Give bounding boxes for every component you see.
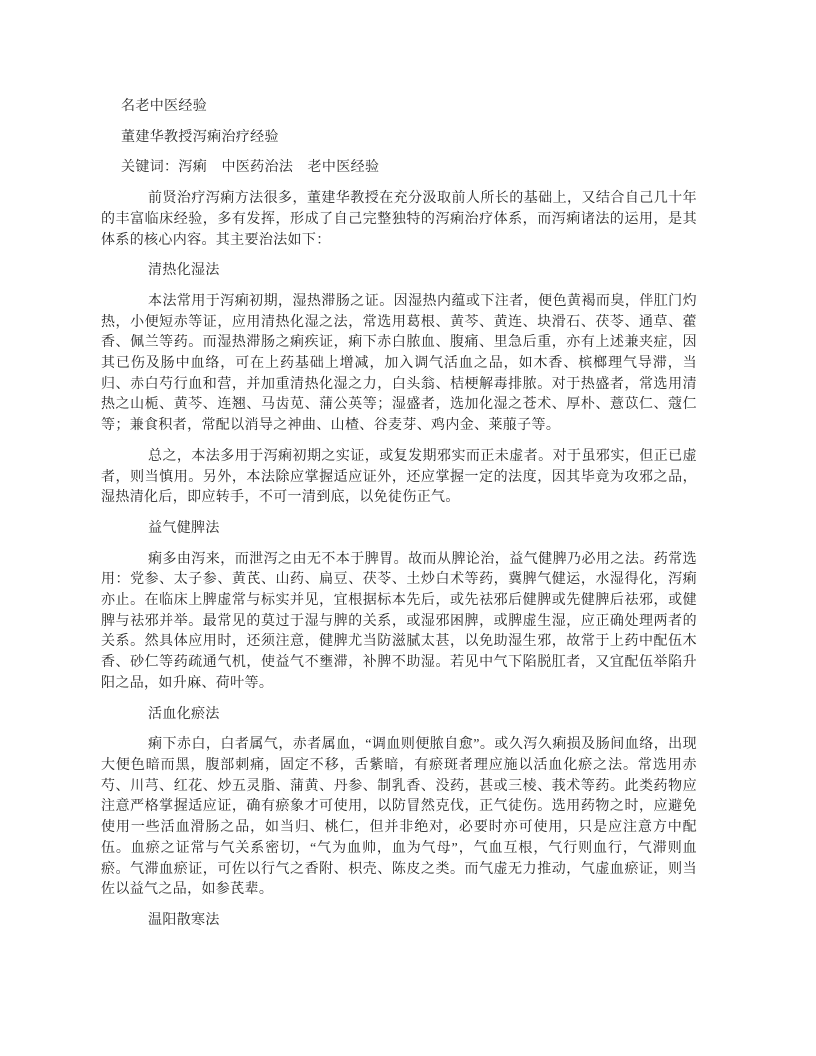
- keywords-label: 关键词：: [121, 160, 178, 175]
- section-paragraph: 总之，本法多用于泻痢初期之实证，或复发期邪实而正未虚者。对于虽邪实，但正已虚者，…: [101, 447, 697, 509]
- section-heading-wenyang-sanhan: 温阳散寒法: [101, 911, 697, 932]
- section-heading-qingre-huashi: 清热化湿法: [101, 261, 697, 282]
- section-heading-huoxue-huayu: 活血化瘀法: [101, 705, 697, 726]
- category-label: 名老中医经验: [101, 97, 697, 118]
- section-paragraph: 本法常用于泻痢初期，湿热滞肠之证。因湿热内蕴或下注者，便色黄褐而臭，伴肛门灼热，…: [101, 292, 697, 437]
- document-title: 董建华教授泻痢治疗经验: [101, 128, 697, 149]
- section-paragraph: 痢多由泻来，而泄泻之由无不本于脾胃。故而从脾论治，益气健脾乃必用之法。药常选用：…: [101, 550, 697, 695]
- section-heading-yiqi-jianpi: 益气健脾法: [101, 519, 697, 540]
- keywords-list: 泻痢 中医药治法 老中医经验: [178, 160, 379, 175]
- keywords-line: 关键词：泻痢 中医药治法 老中医经验: [101, 158, 697, 179]
- intro-paragraph: 前贤治疗泻痢方法很多，董建华教授在充分汲取前人所长的基础上，又结合自己几十年的丰…: [101, 189, 697, 251]
- section-paragraph: 痢下赤白，白者属气，赤者属血，“调血则便脓自愈”。或久泻久痢损及肠间血络，出现大…: [101, 735, 697, 901]
- document-page: 名老中医经验 董建华教授泻痢治疗经验 关键词：泻痢 中医药治法 老中医经验 前贤…: [0, 0, 816, 1056]
